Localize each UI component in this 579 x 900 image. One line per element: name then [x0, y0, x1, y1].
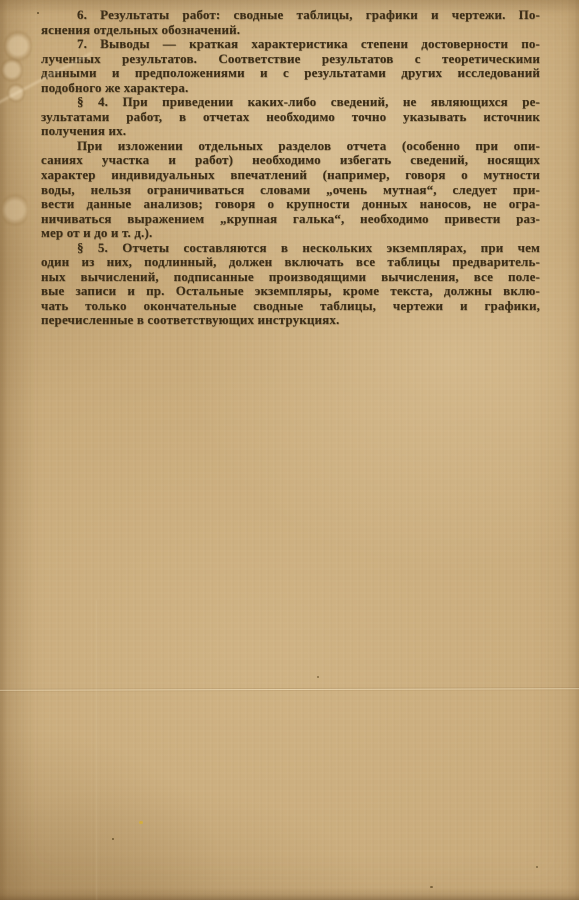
paper-speck — [317, 676, 319, 678]
scanned-document-page: 6. Результаты работ: сводные таблицы, гр… — [0, 0, 579, 900]
text-line: получения их. — [41, 124, 540, 139]
text-line: мер от и до и т. д.). — [41, 226, 540, 241]
text-line: 7. Выводы — краткая характеристика степе… — [41, 37, 540, 52]
text-line: саниях участка и работ) необходимо избег… — [41, 153, 540, 168]
page-text-block: 6. Результаты работ: сводные таблицы, гр… — [41, 8, 540, 328]
text-line: ничиваться выражением „крупная галька“, … — [41, 212, 540, 227]
paper-speck — [112, 838, 114, 840]
paper-crease-vertical — [96, 600, 98, 900]
text-line: вести данные анализов; говоря о крупност… — [41, 197, 540, 212]
text-line: § 5. Отчеты составляются в нескольких эк… — [41, 241, 540, 256]
text-line: ных вычислений, подписанные производящим… — [41, 270, 540, 285]
text-line: характер индивидуальных впечатлений (нап… — [41, 168, 540, 183]
text-line: подобного же характера. — [41, 81, 540, 96]
text-line: чать только окончательные сводные таблиц… — [41, 299, 540, 314]
text-line: При изложении отдельных разделов отчета … — [41, 139, 540, 154]
text-line: данными и предположениями и с результата… — [41, 66, 540, 81]
paper-stain — [2, 190, 28, 230]
paper-speck — [139, 821, 143, 824]
text-line: 6. Результаты работ: сводные таблицы, гр… — [41, 8, 540, 23]
paper-stain — [7, 82, 25, 104]
paper-speck — [536, 866, 538, 868]
text-line: зультатами работ, в отчетах необходимо т… — [41, 110, 540, 125]
text-line: воды, нельзя ограничиваться словами „оче… — [41, 183, 540, 198]
paper-crease-horizontal — [0, 687, 579, 693]
text-line: вые записи и пр. Остальные экземпляры, к… — [41, 284, 540, 299]
text-line: перечисленные в соответствующих инструкц… — [41, 313, 540, 328]
text-line: яснения отдельных обозначений. — [41, 23, 540, 38]
paper-speck — [37, 12, 39, 14]
text-line: лученных результатов. Соответствие резул… — [41, 52, 540, 67]
text-line: § 4. При приведении каких-либо сведений,… — [41, 95, 540, 110]
paper-stain — [1, 56, 23, 84]
paper-speck — [430, 886, 433, 888]
text-line: один из них, подлинный, должен включать … — [41, 255, 540, 270]
